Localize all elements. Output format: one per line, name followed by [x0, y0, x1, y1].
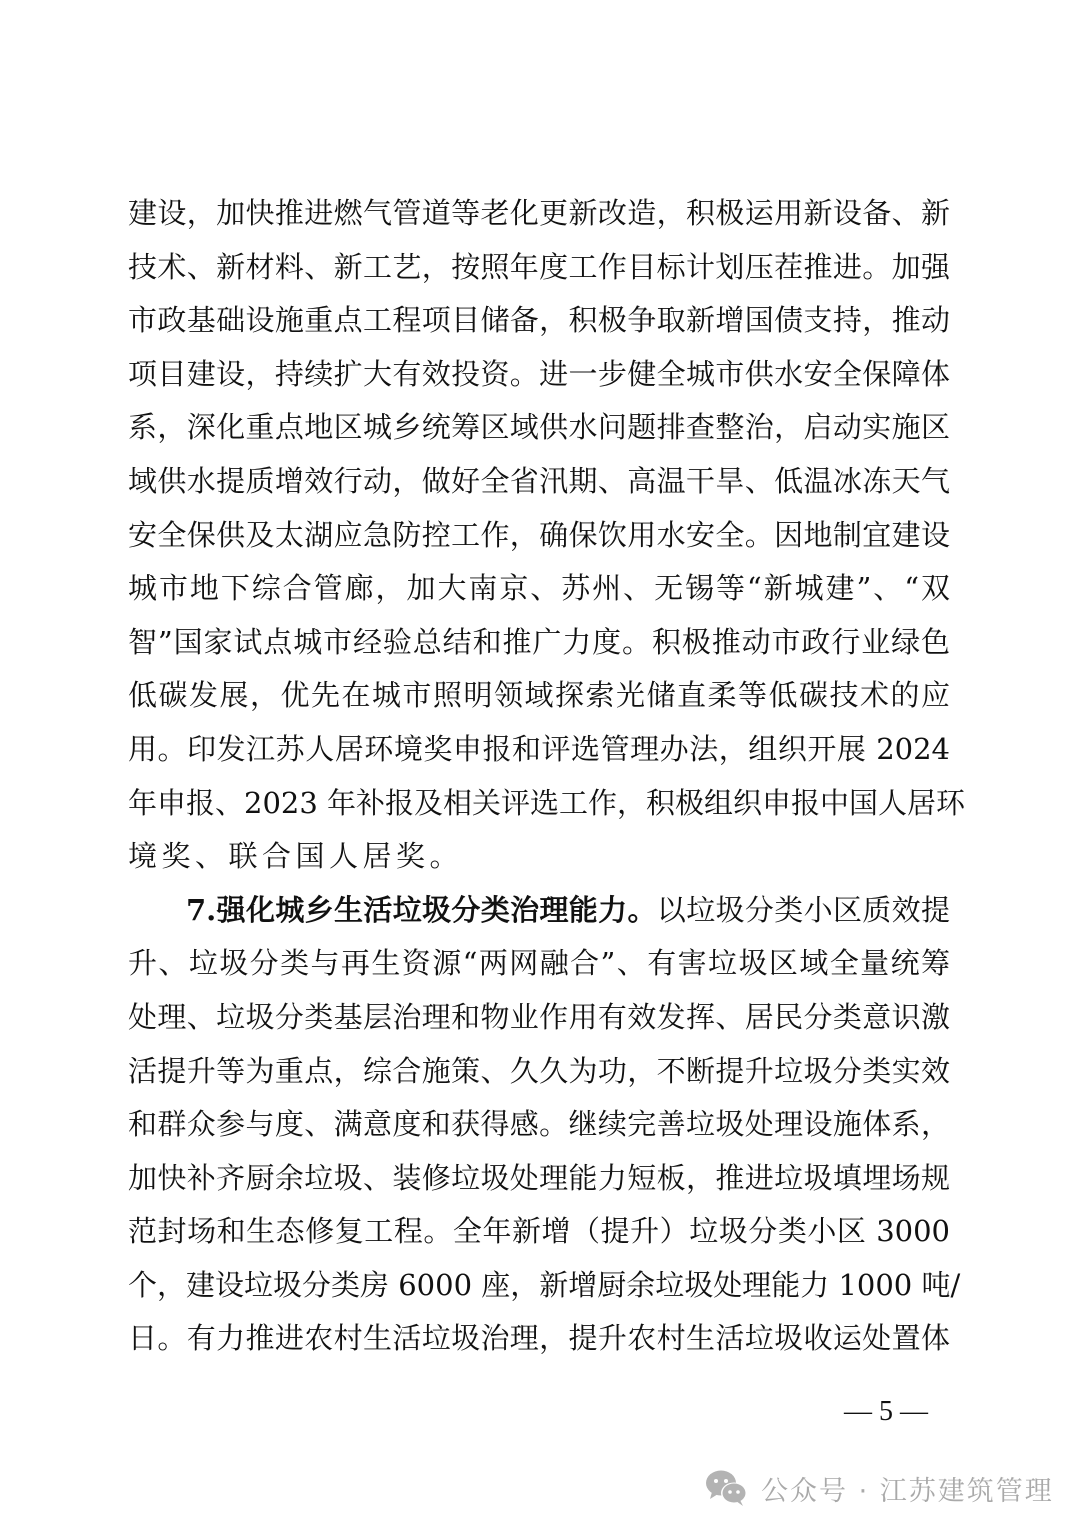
- watermark: 公众号 · 江苏建筑管理: [705, 1466, 1054, 1510]
- text-line: 升、垃圾分类与再生资源“两网融合”、有害垃圾区域全量统筹: [128, 937, 950, 991]
- text-line: 项目建设，持续扩大有效投资。进一步健全城市供水安全保障体: [128, 348, 950, 402]
- text-line: 用。印发江苏人居环境奖申报和评选管理办法，组织开展 2024: [128, 723, 950, 777]
- text-line: 市政基础设施重点工程项目储备，积极争取新增国债支持，推动: [128, 294, 950, 348]
- section-7-text: 以垃圾分类小区质效提: [657, 893, 950, 927]
- text-line: 加快补齐厨余垃圾、装修垃圾处理能力短板，推进垃圾填埋场规: [128, 1152, 950, 1206]
- text-line: 范封场和生态修复工程。全年新增（提升）垃圾分类小区 3000: [128, 1205, 950, 1259]
- section-7-heading: 7.强化城乡生活垃圾分类治理能力。: [186, 893, 657, 927]
- text-line: 系，深化重点地区城乡统筹区域供水问题排查整治，启动实施区: [128, 401, 950, 455]
- text-line: 活提升等为重点，综合施策、久久为功，不断提升垃圾分类实效: [128, 1045, 950, 1099]
- text-line: 技术、新材料、新工艺，按照年度工作目标计划压茬推进。加强: [128, 241, 950, 295]
- text-line: 低碳发展，优先在城市照明领域探索光储直柔等低碳技术的应: [128, 669, 950, 723]
- text-line: 处理、垃圾分类基层治理和物业作用有效发挥、居民分类意识激: [128, 991, 950, 1045]
- wechat-icon: [705, 1468, 749, 1508]
- text-line: 个，建设垃圾分类房 6000 座，新增厨余垃圾处理能力 1000 吨/: [128, 1259, 950, 1313]
- text-line: 境奖、联合国人居奖。: [128, 830, 950, 884]
- text-line: 建设，加快推进燃气管道等老化更新改造，积极运用新设备、新: [128, 187, 950, 241]
- text-line: 智”国家试点城市经验总结和推广力度。积极推动市政行业绿色: [128, 616, 950, 670]
- text-line: 域供水提质增效行动，做好全省汛期、高温干旱、低温冰冻天气: [128, 455, 950, 509]
- page-number: — 5 —: [836, 1396, 936, 1428]
- text-line: 年申报、2023 年补报及相关评选工作，积极组织申报中国人居环: [128, 777, 950, 831]
- text-line: 城市地下综合管廊，加大南京、苏州、无锡等“新城建”、“双: [128, 562, 950, 616]
- text-line: 安全保供及太湖应急防控工作，确保饮用水安全。因地制宜建设: [128, 509, 950, 563]
- document-page: 建设，加快推进燃气管道等老化更新改造，积极运用新设备、新 技术、新材料、新工艺，…: [0, 0, 1080, 1532]
- section-7-first-line: 7.强化城乡生活垃圾分类治理能力。以垃圾分类小区质效提: [128, 884, 950, 938]
- document-body: 建设，加快推进燃气管道等老化更新改造，积极运用新设备、新 技术、新材料、新工艺，…: [128, 187, 950, 1366]
- watermark-text: 公众号 · 江苏建筑管理: [761, 1469, 1054, 1508]
- text-line: 和群众参与度、满意度和获得感。继续完善垃圾处理设施体系，: [128, 1098, 950, 1152]
- text-line: 日。有力推进农村生活垃圾治理，提升农村生活垃圾收运处置体: [128, 1312, 950, 1366]
